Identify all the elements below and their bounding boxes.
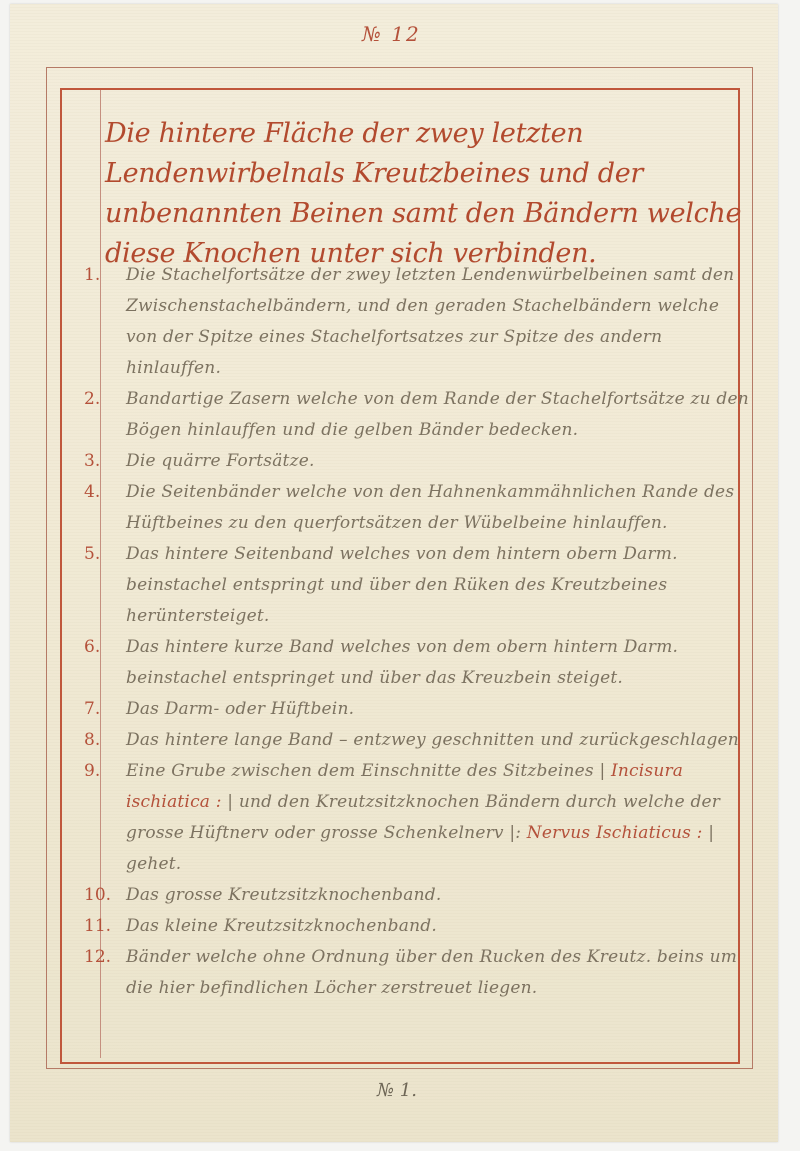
list-item: 6. Das hintere kurze Band welches von de… [72, 632, 752, 694]
list-item: 8. Das hintere lange Band – entzwey gesc… [72, 725, 752, 756]
item-text: Eine Grube zwischen dem Einschnitte des … [108, 756, 752, 880]
item-number: 2. [72, 384, 108, 415]
item-number: 4. [72, 477, 108, 508]
page-number-top: № 12 [362, 22, 421, 46]
list-item: 5. Das hintere Seitenband welches von de… [72, 539, 752, 632]
list-item: 1. Die Stachelfortsätze der zwey letzten… [72, 260, 752, 384]
item-text: Das grosse Kreutzsitzknochenband. [108, 880, 752, 911]
item-number: 8. [72, 725, 108, 756]
item-text: Das hintere kurze Band welches von dem o… [108, 632, 752, 694]
item-text: Das hintere lange Band – entzwey geschni… [108, 725, 752, 756]
item-number: 11. [72, 911, 108, 942]
item-text: Die quärre Fortsätze. [108, 446, 752, 477]
item-text: Die Seitenbänder welche von den Hahnenka… [108, 477, 752, 539]
item-text: Das Darm- oder Hüftbein. [108, 694, 752, 725]
item-number: 9. [72, 756, 108, 787]
item-number: 12. [72, 942, 108, 973]
item-number: 3. [72, 446, 108, 477]
item-number: 7. [72, 694, 108, 725]
item-text: Das kleine Kreutzsitzknochenband. [108, 911, 752, 942]
item-text: Das hintere Seitenband welches von dem h… [108, 539, 752, 632]
list-item: 11. Das kleine Kreutzsitzknochenband. [72, 911, 752, 942]
list-item: 3. Die quärre Fortsätze. [72, 446, 752, 477]
list-item: 7. Das Darm- oder Hüftbein. [72, 694, 752, 725]
list-item: 12. Bänder welche ohne Ordnung über den … [72, 942, 752, 1004]
item-number: 6. [72, 632, 108, 663]
document-title: Die hintere Fläche der zwey letzten Lend… [105, 114, 765, 274]
list-item: 9. Eine Grube zwischen dem Einschnitte d… [72, 756, 752, 880]
item-text: Bandartige Zasern welche von dem Rande d… [108, 384, 752, 446]
item-text: Die Stachelfortsätze der zwey letzten Le… [108, 260, 752, 384]
item-text-part: Eine Grube zwischen dem Einschnitte des … [126, 761, 605, 781]
legend-list: 1. Die Stachelfortsätze der zwey letzten… [72, 260, 752, 1004]
manuscript-page: № 12 Die hintere Fläche der zwey letzten… [10, 4, 778, 1142]
list-item: 10. Das grosse Kreutzsitzknochenband. [72, 880, 752, 911]
page-number-bottom: № 1. [377, 1080, 417, 1101]
list-item: 2. Bandartige Zasern welche von dem Rand… [72, 384, 752, 446]
latin-term-nervus-ischiaticus: Nervus Ischiaticus : [527, 823, 703, 843]
list-item: 4. Die Seitenbänder welche von den Hahne… [72, 477, 752, 539]
item-number: 1. [72, 260, 108, 291]
item-number: 5. [72, 539, 108, 570]
item-text: Bänder welche ohne Ordnung über den Ruck… [108, 942, 752, 1004]
item-number: 10. [72, 880, 108, 911]
